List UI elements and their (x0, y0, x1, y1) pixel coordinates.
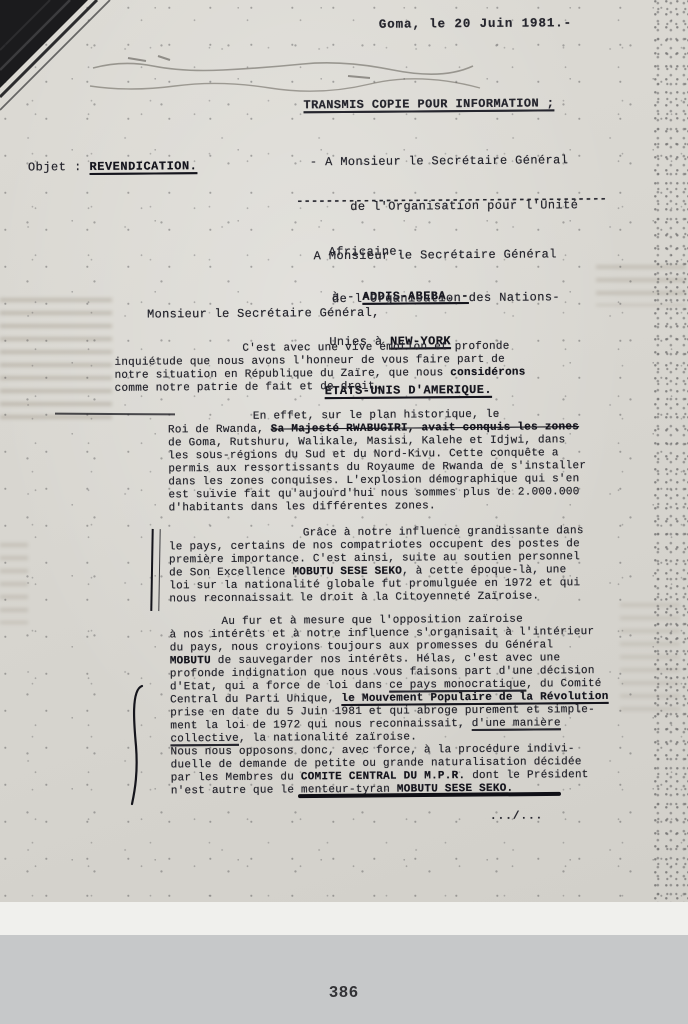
typed-letter: Goma, le 20 Juin 1981.- TRANSMIS COPIE P… (0, 0, 688, 905)
background-below-page (0, 935, 688, 1024)
scanned-letter-viewport: Goma, le 20 Juin 1981.- TRANSMIS COPIE P… (0, 0, 688, 1024)
transmission-note: TRANSMIS COPIE POUR INFORMATION ; (303, 96, 554, 112)
body-paragraphs: C'est avec une vive émotion et profondei… (0, 340, 643, 800)
dashed-separator: ----------------------------------------… (296, 192, 607, 208)
body-line: comme notre patrie de fait et de droit. (115, 379, 640, 396)
date-line: Goma, le 20 Juin 1981.- (379, 16, 572, 32)
subject-value: REVENDICATION. (89, 159, 197, 174)
paragraph: En effet, sur le plan historique, leRoi … (168, 408, 641, 516)
margin-bracket-upper (150, 529, 160, 611)
cc-line: - A Monsieur le Secrétaire Général (310, 154, 578, 169)
page-number: 386 (0, 984, 688, 1002)
recipient-line: de l'Organisation des Nations- (314, 291, 560, 306)
body-line: nous reconnaissait le droit à la Citoyen… (169, 590, 641, 607)
body-line: d'habitants dans les différentes zones. (169, 499, 641, 516)
paragraph: C'est avec une vive émotion et profondei… (114, 340, 639, 396)
paragraph: Grâce à notre influence grandissante dan… (169, 525, 642, 607)
subject-line: Objet : REVENDICATION. (28, 159, 198, 174)
salutation: Monsieur le Secrétaire Général, (147, 306, 380, 322)
corner-fold (0, 0, 132, 132)
scan-page: Goma, le 20 Juin 1981.- TRANSMIS COPIE P… (0, 0, 688, 902)
paragraph: Au fur et à mesure que l'opposition zaïr… (169, 613, 642, 799)
margin-bracket-lower (127, 684, 145, 806)
continuation-mark: .../... (490, 810, 543, 822)
page-bottom-strip (0, 902, 688, 935)
recipient-line: A Monsieur le Secrétaire Général (314, 248, 560, 263)
